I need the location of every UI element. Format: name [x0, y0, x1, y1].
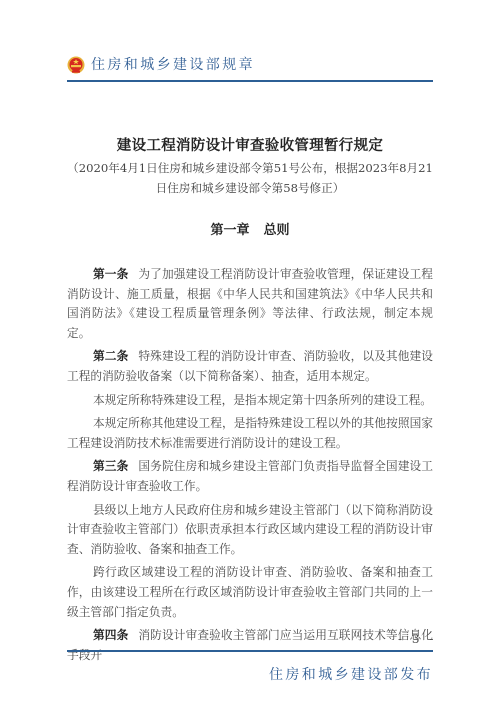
paragraph: 第四条消防设计审查验收主管部门应当运用互联网技术等信息化手段开 [67, 626, 433, 665]
paragraph: 第二条特殊建设工程的消防设计审查、消防验收，以及其他建设工程的消防验收备案（以下… [67, 347, 433, 386]
national-emblem-icon [67, 56, 85, 74]
header-divider [67, 80, 433, 82]
paragraph-text: 本规定所称特殊建设工程，是指本规定第十四条所列的建设工程。 [93, 393, 432, 407]
paragraph: 跨行政区域建设工程的消防设计审查、消防验收、备案和抽查工作，由该建设工程所在行政… [67, 563, 433, 622]
footer-publisher: 住房和城乡建设部发布 [269, 664, 433, 684]
footer-divider [67, 650, 433, 652]
paragraph-text: 跨行政区域建设工程的消防设计审查、消防验收、备案和抽查工作，由该建设工程所在行政… [67, 565, 433, 618]
article-label: 第一条 [93, 267, 128, 281]
article-label: 第二条 [93, 349, 128, 363]
page-header: 住房和城乡建设部规章 [67, 52, 255, 78]
paragraph: 县级以上地方人民政府住房和城乡建设主管部门（以下简称消防设计审查验收主管部门）依… [67, 501, 433, 560]
paragraph: 第三条国务院住房和城乡建设主管部门负责指导监督全国建设工程消防设计审查验收工作。 [67, 457, 433, 496]
document-body: 第一条为了加强建设工程消防设计审查验收管理，保证建设工程消防设计、施工质量，根据… [67, 265, 433, 669]
paragraph: 本规定所称特殊建设工程，是指本规定第十四条所列的建设工程。 [67, 391, 433, 411]
paragraph-text: 本规定所称其他建设工程，是指特殊建设工程以外的其他按照国家工程建设消防技术标准需… [67, 416, 433, 450]
document-title: 建设工程消防设计审查验收管理暂行规定 [0, 134, 500, 155]
header-title: 住房和城乡建设部规章 [91, 56, 255, 74]
page-number: - 3 - [398, 632, 436, 646]
chapter-heading: 第一章总则 [0, 219, 500, 238]
chapter-number: 第一章 [210, 223, 249, 238]
paragraph: 第一条为了加强建设工程消防设计审查验收管理，保证建设工程消防设计、施工质量，根据… [67, 265, 433, 343]
paragraph-text: 县级以上地方人民政府住房和城乡建设主管部门（以下简称消防设计审查验收主管部门）依… [67, 503, 433, 556]
article-label: 第四条 [93, 628, 128, 642]
chapter-name: 总则 [264, 223, 290, 238]
document-subtitle: （2020年4月1日住房和城乡建设部令第51号公布，根据2023年8月21日住房… [67, 158, 433, 198]
article-label: 第三条 [93, 459, 128, 473]
paragraph: 本规定所称其他建设工程，是指特殊建设工程以外的其他按照国家工程建设消防技术标准需… [67, 414, 433, 453]
